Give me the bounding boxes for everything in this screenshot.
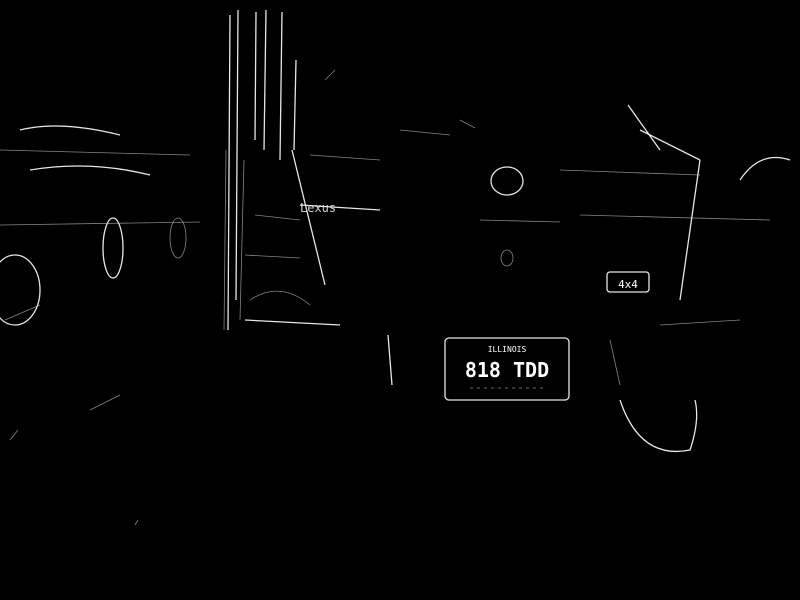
edge-image: Lexus ILLINOIS 818 TDD 4x4 — [0, 0, 800, 600]
plate-number: 818 TDD — [465, 358, 549, 382]
center-car: ILLINOIS 818 TDD — [388, 130, 569, 400]
license-plate: ILLINOIS 818 TDD — [445, 338, 569, 400]
left-car — [0, 126, 200, 325]
plate-header: ILLINOIS — [488, 345, 527, 354]
middle-car: Lexus — [245, 150, 380, 325]
right-car: 4x4 — [560, 105, 790, 451]
poles — [224, 10, 296, 330]
4x4-badge: 4x4 — [618, 278, 638, 291]
vw-logo — [491, 167, 523, 195]
noise — [10, 70, 475, 525]
lexus-badge: Lexus — [300, 201, 336, 215]
edge-drawing: Lexus ILLINOIS 818 TDD 4x4 — [0, 0, 800, 600]
